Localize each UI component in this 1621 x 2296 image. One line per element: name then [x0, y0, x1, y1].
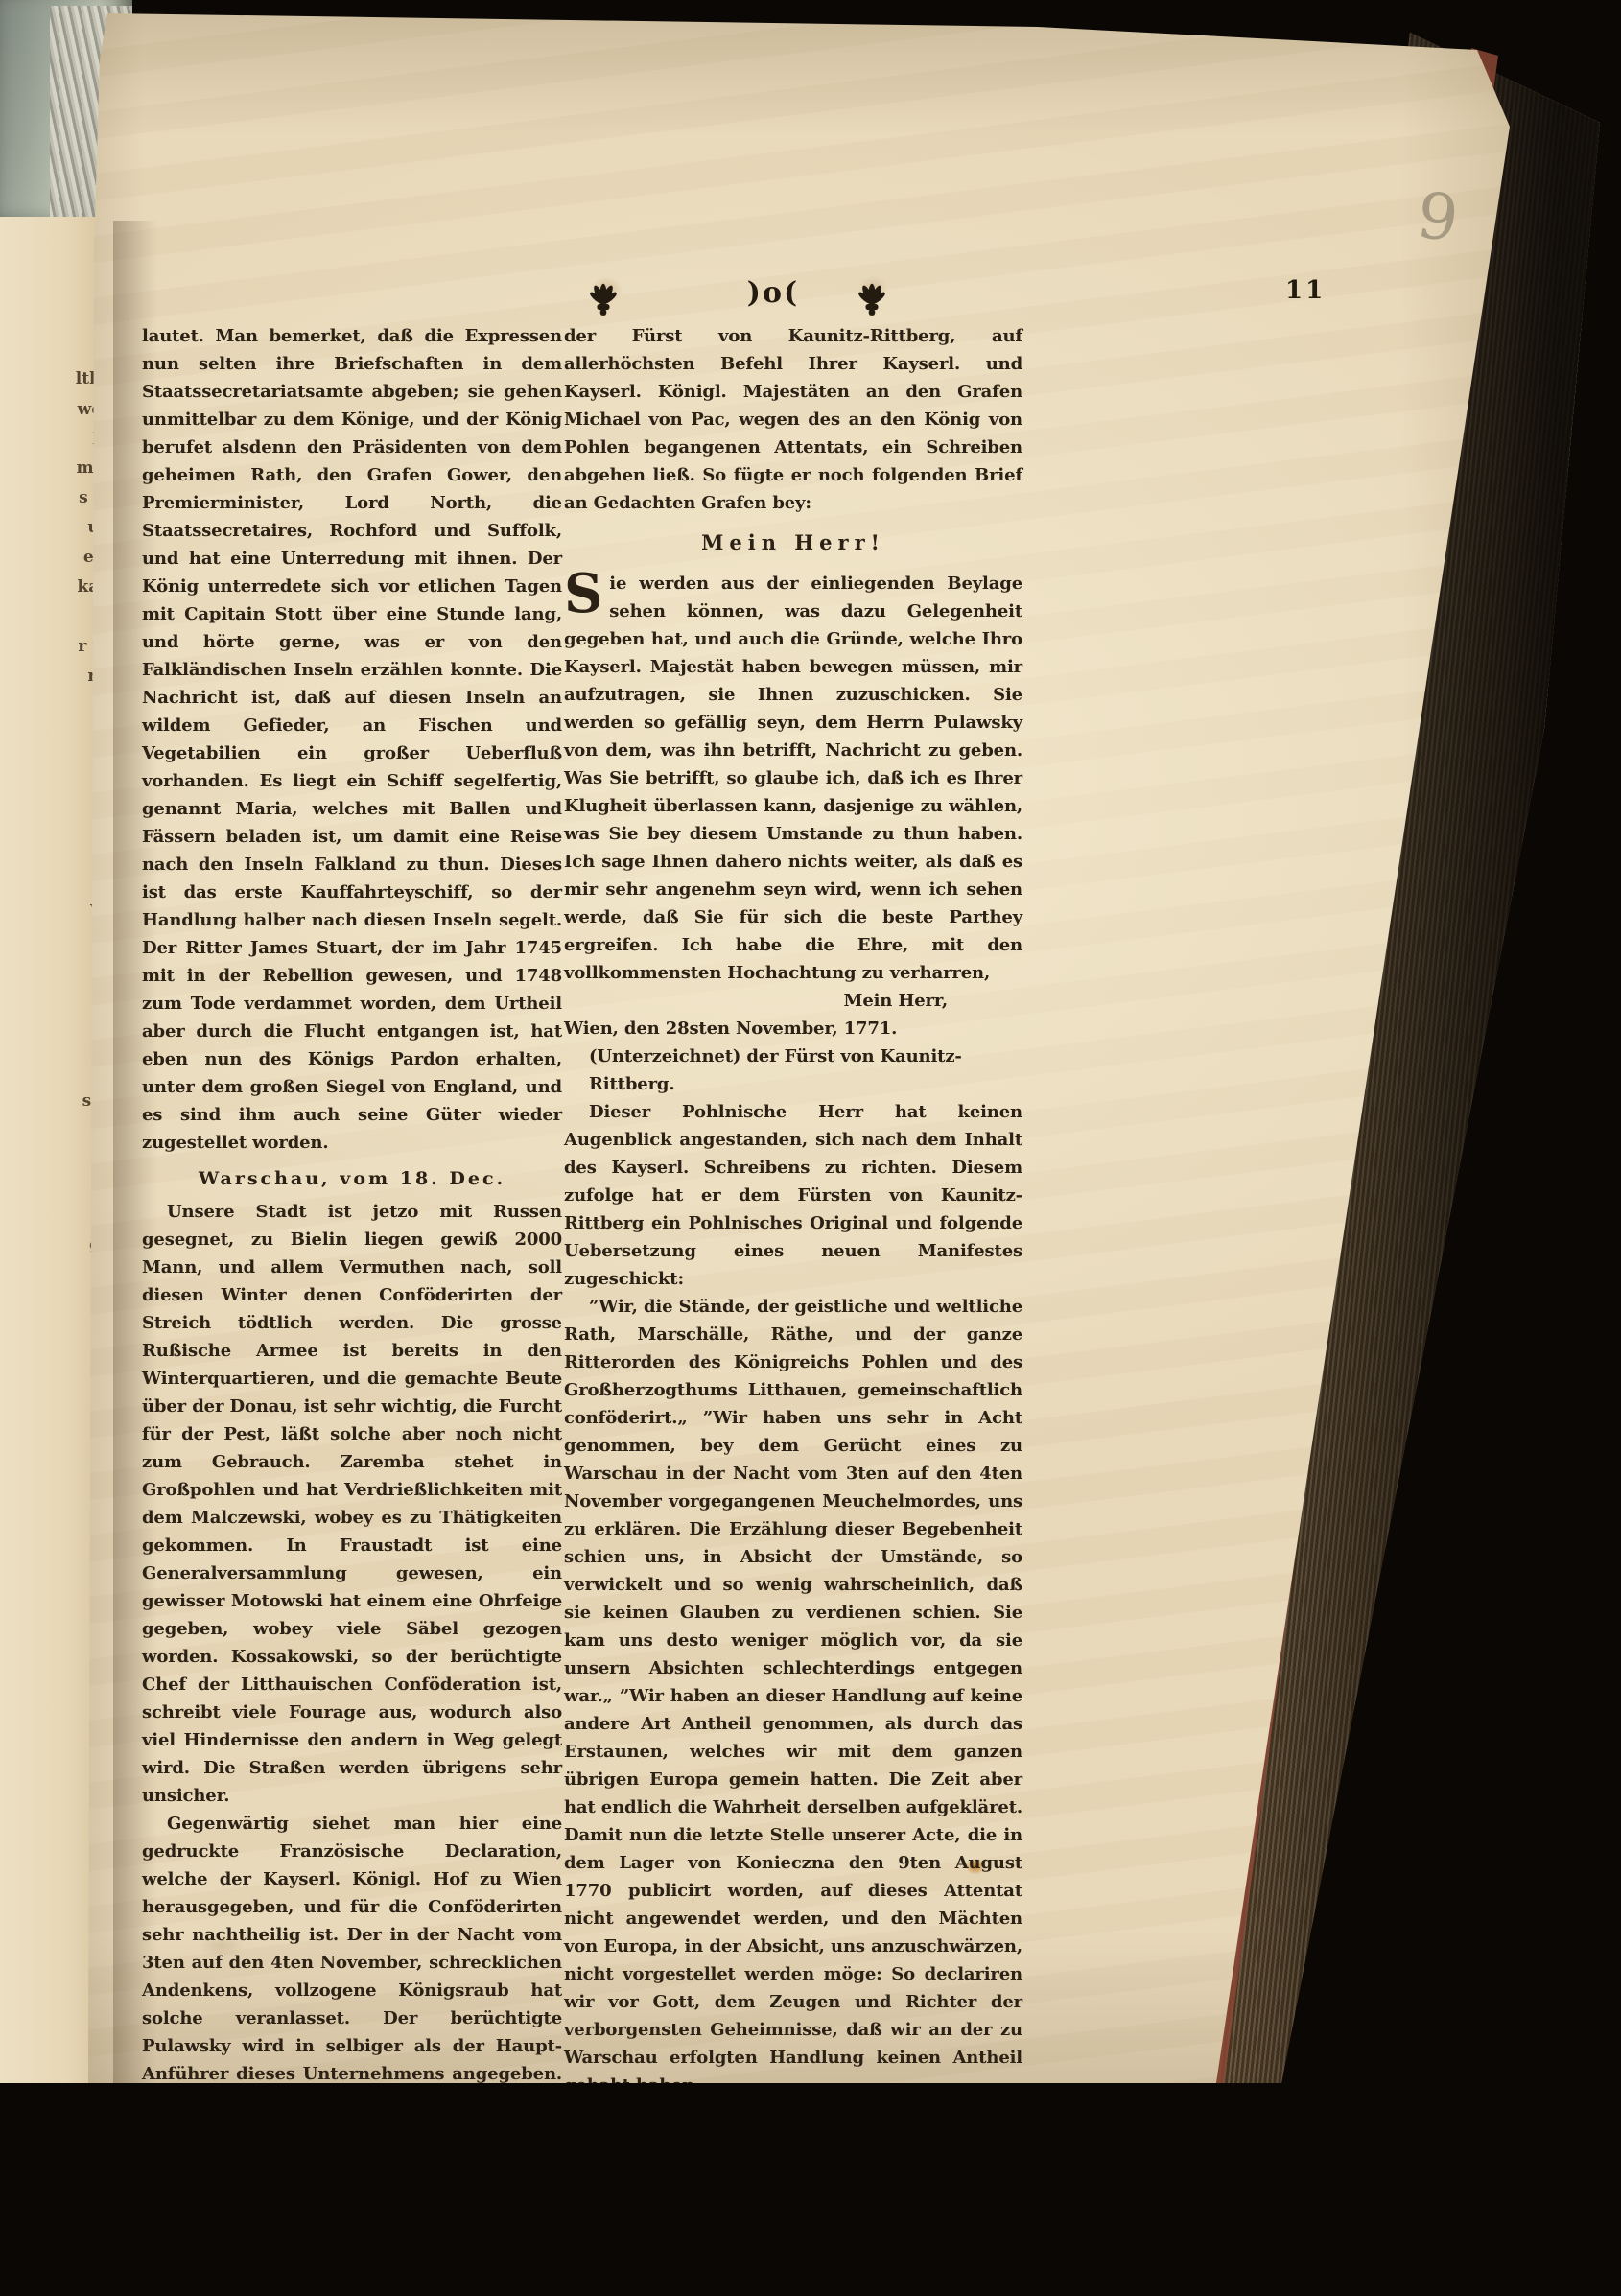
- text-column-left: lautet. Man bemerket, daß die Expressen …: [142, 322, 562, 2083]
- drop-cap: S: [564, 570, 609, 616]
- fleuron-icon: [581, 280, 625, 318]
- handwritten-folio-number: 9: [1413, 178, 1462, 257]
- text-line: Mein Herr,: [564, 987, 1022, 1015]
- section-heading: Mein Herr!: [564, 528, 1022, 556]
- fleuron-icon: [850, 280, 894, 318]
- paragraph: lautet. Man bemerket, daß die Expressen …: [142, 322, 562, 1157]
- section-heading: Warschau, vom 18. Dec.: [142, 1165, 562, 1193]
- paragraph: Dieser Pohlnische Herr hat keinen Augenb…: [564, 1098, 1022, 1293]
- header-center-mark: )o(: [725, 276, 821, 310]
- page-number: 11: [1285, 276, 1352, 305]
- paragraph: ”Wir, die Stände, der geistliche und wel…: [564, 1293, 1022, 2083]
- paragraph: Unsere Stadt ist jetzo mit Russen gesegn…: [142, 1198, 562, 1810]
- text-line: (Unterzeichnet) der Fürst von Kaunitz-Ri…: [564, 1043, 1022, 1098]
- paragraph: Sie werden aus der einliegenden Beylage …: [564, 570, 1022, 987]
- book-scan-photo: ltkenweis,Diemah-s an-underrnkannobr un-…: [0, 0, 1621, 2083]
- paragraph: der Fürst von Kaunitz-Rittberg, auf alle…: [564, 322, 1022, 517]
- text-column-right: der Fürst von Kaunitz-Rittberg, auf alle…: [564, 322, 1022, 2083]
- paragraph: Gegenwärtig siehet man hier eine gedruck…: [142, 1810, 562, 2083]
- text-line: Wien, den 28sten November, 1771.: [564, 1015, 1022, 1043]
